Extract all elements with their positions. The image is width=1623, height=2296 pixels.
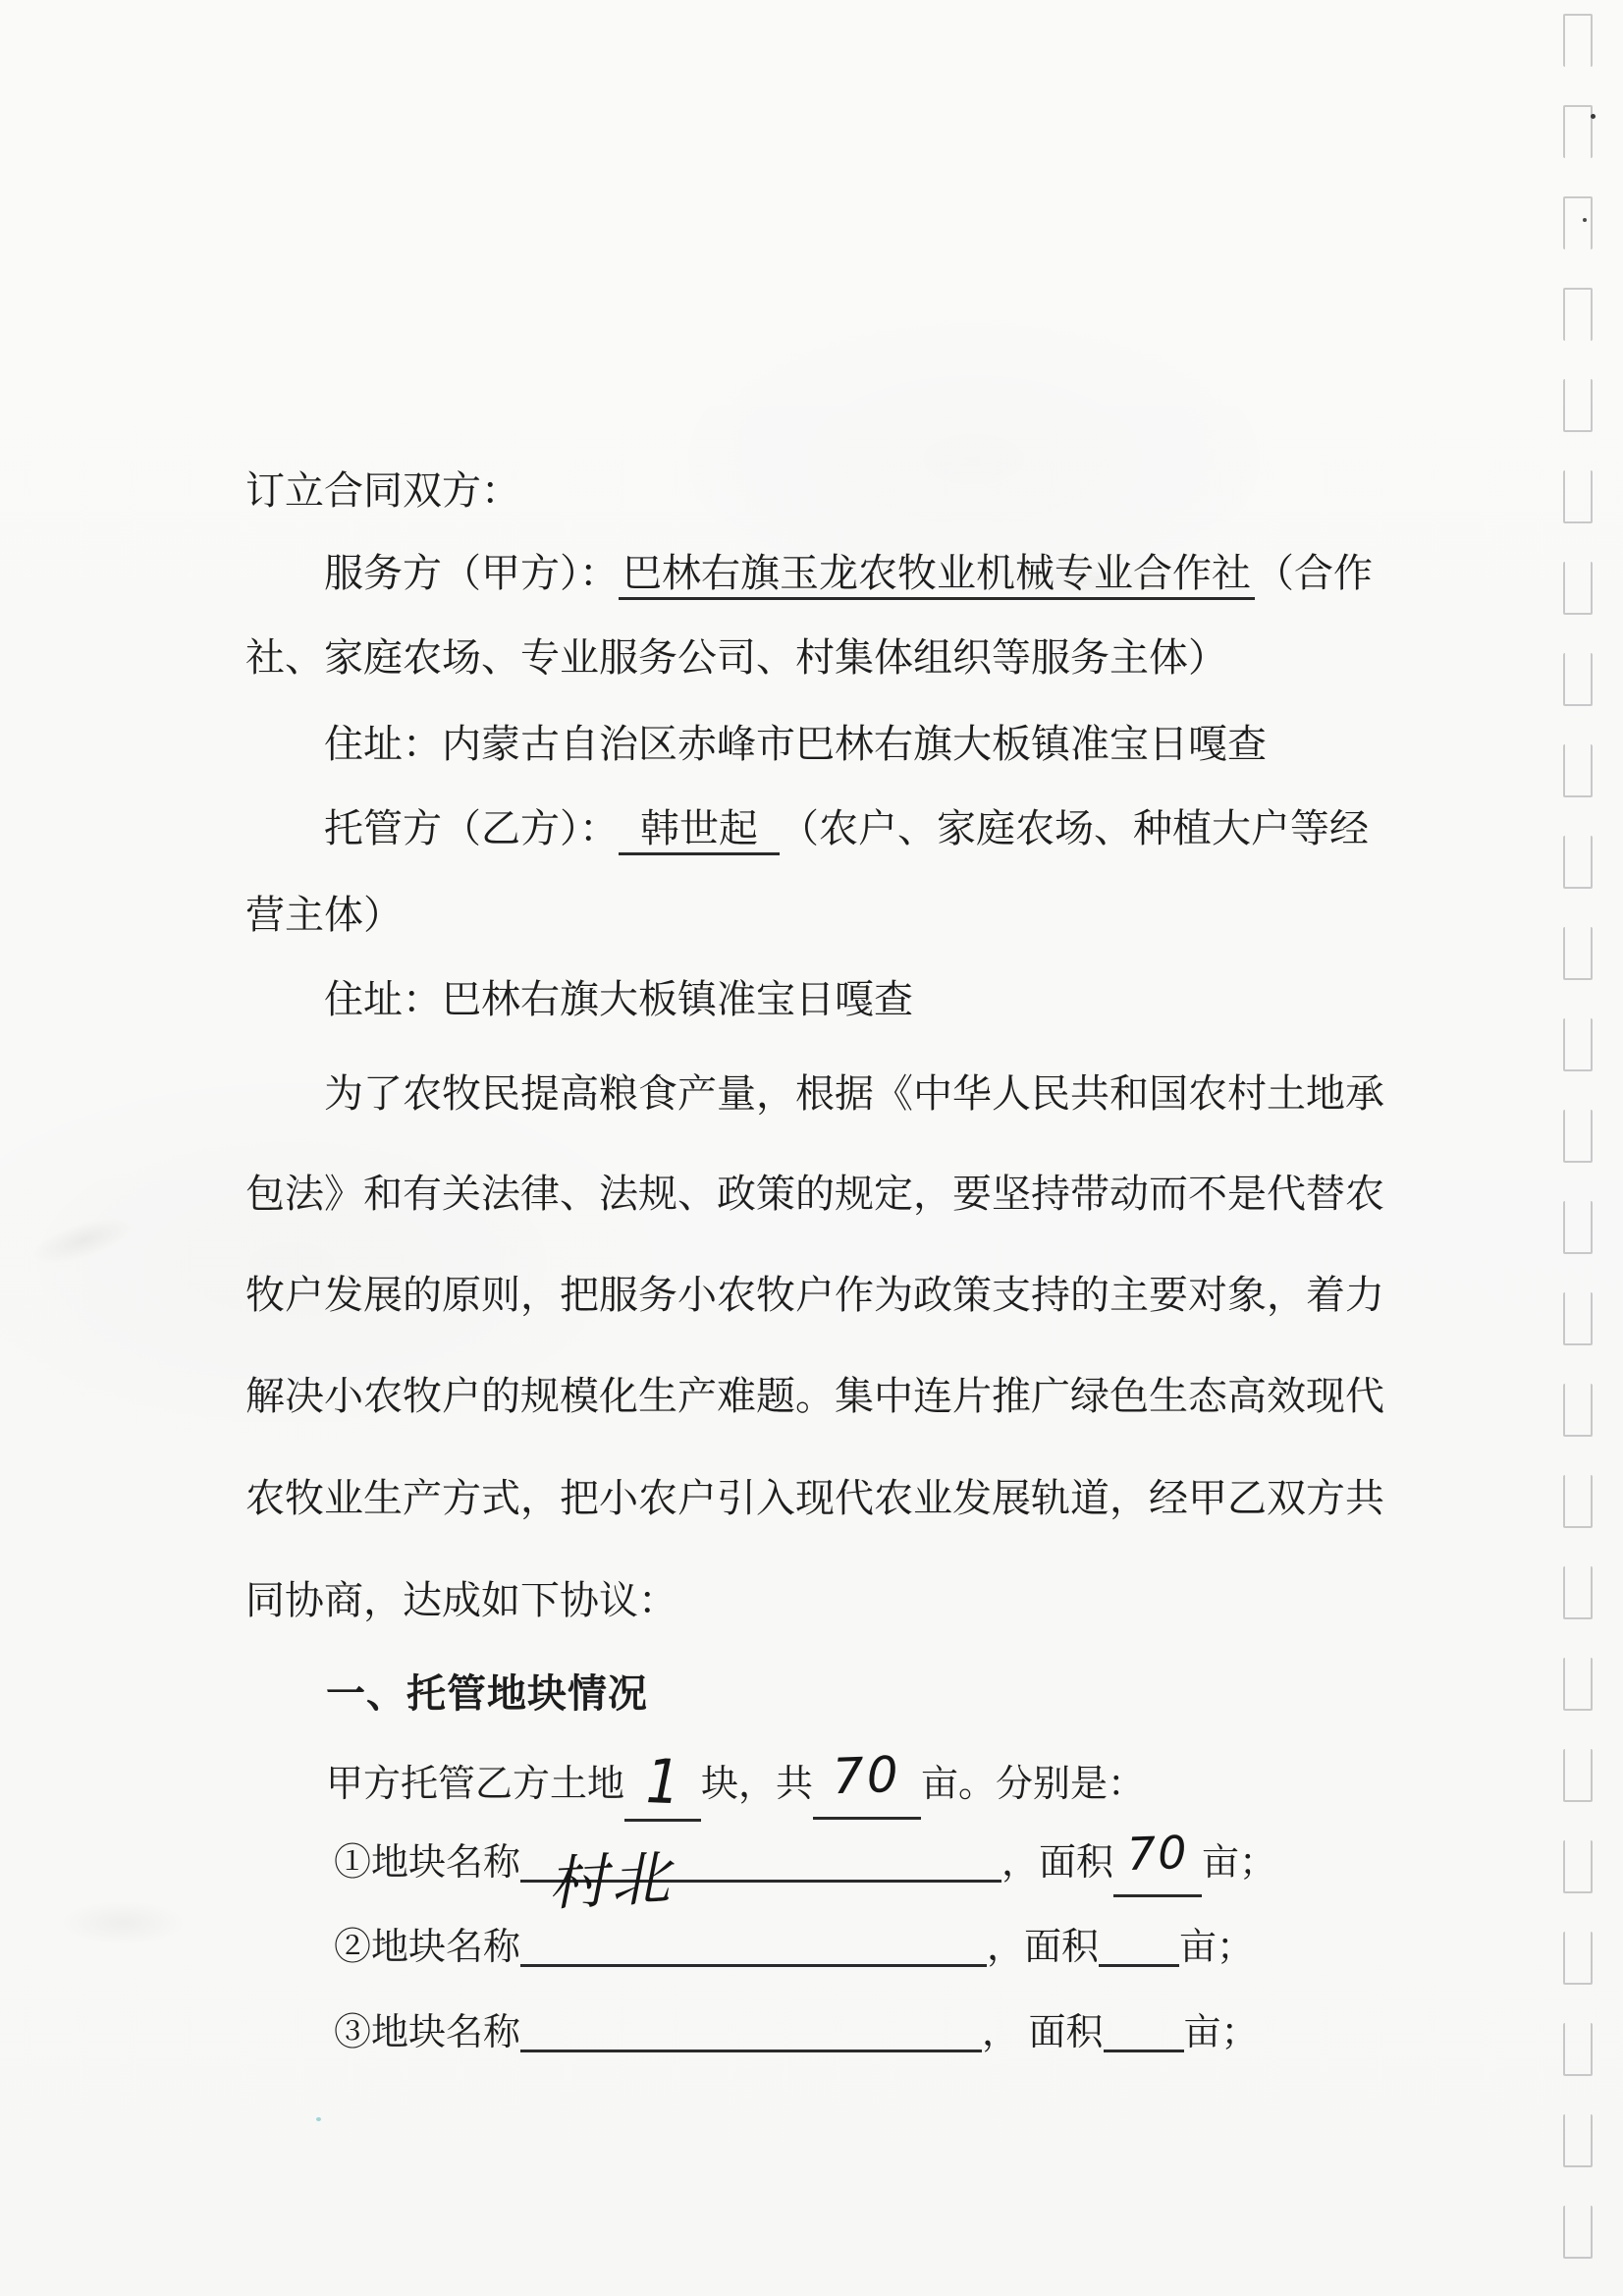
binding-hole — [1563, 1384, 1593, 1437]
party-b-address-line: 住址：巴林右旗大板镇准宝日嘎查 — [324, 976, 913, 1023]
binding-hole — [1563, 14, 1593, 67]
party-b-line: 托管方（乙方）：韩世起（农户、家庭农场、种植大户等经 — [324, 805, 1369, 852]
binding-hole — [1563, 1566, 1593, 1619]
binding-hole — [1563, 744, 1593, 797]
binding-hole — [1563, 1840, 1593, 1893]
binding-hole — [1563, 1018, 1593, 1071]
plot-2-label: ②地块名称 — [334, 1927, 520, 1968]
binding-hole — [1563, 836, 1593, 889]
party-a-tail: （合作 — [1255, 551, 1373, 595]
binding-hole — [1563, 2023, 1593, 2076]
plot-1-line: ①地块名称村北，面积70亩； — [334, 1840, 1276, 1897]
binding-hole — [1563, 927, 1593, 980]
plot-2-unit: 亩； — [1179, 1927, 1254, 1968]
binding-hole — [1563, 1110, 1593, 1163]
plot-3-area-label: ， 面积 — [982, 2012, 1104, 2053]
party-a-description-line: 社、家庭农场、专业服务公司、村集体组织等服务主体） — [245, 634, 1227, 682]
total-area-handwritten: 70 — [832, 1745, 902, 1806]
binding-hole — [1563, 562, 1593, 615]
binding-hole — [1563, 2114, 1593, 2167]
plot-1-name-blank: 村北 — [520, 1880, 1001, 1883]
scan-smudge — [59, 1900, 187, 1945]
preamble-line-5: 农牧业生产方式，把小农户引入现代农业发展轨道，经甲乙双方共 — [245, 1475, 1384, 1522]
binding-hole — [1563, 105, 1593, 158]
binding-hole — [1563, 1201, 1593, 1254]
plot-summary-mid: 块，共 — [701, 1764, 813, 1805]
binding-hole — [1563, 653, 1593, 706]
preamble-line-1: 为了农牧民提高粮食产量，根据《中华人民共和国农村土地承 — [324, 1070, 1384, 1118]
binding-hole — [1563, 1292, 1593, 1345]
plot-1-label: ①地块名称 — [334, 1842, 520, 1884]
plot-3-name-blank — [520, 2050, 982, 2052]
party-b-tail: （农户、家庭农场、种植大户等经 — [780, 806, 1369, 850]
plot-3-unit: 亩； — [1184, 2012, 1259, 2053]
plot-count-handwritten: 1 — [645, 1745, 681, 1820]
binding-hole — [1563, 1475, 1593, 1528]
plot-summary-line: 甲方托管乙方土地1块，共70亩。分别是： — [326, 1755, 1145, 1822]
party-a-line: 服务方（甲方）：巴林右旗玉龙农牧业机械专业合作社（合作 — [324, 550, 1373, 597]
binding-hole — [1563, 1749, 1593, 1802]
plot-summary-suffix: 亩。分别是： — [921, 1764, 1145, 1805]
binding-hole — [1563, 379, 1593, 432]
preamble-line-2: 包法》和有关法律、法规、政策的规定，要坚持带动而不是代替农 — [245, 1171, 1384, 1218]
plot-1-area-handwritten: 70 — [1126, 1826, 1189, 1882]
plot-2-area-label: ，面积 — [987, 1927, 1099, 1968]
party-a-name-underlined: 巴林右旗玉龙农牧业机械专业合作社 — [619, 551, 1255, 600]
scan-speck — [1591, 114, 1596, 119]
binding-hole — [1563, 1932, 1593, 1985]
plot-summary-prefix: 甲方托管乙方土地 — [326, 1764, 624, 1805]
plot-1-area-blank: 70 — [1113, 1840, 1202, 1897]
plot-1-area-label: ，面积 — [1001, 1842, 1113, 1884]
plot-1-name-handwritten: 村北 — [546, 1843, 676, 1921]
plot-3-label: ③地块名称 — [334, 2012, 520, 2053]
plot-2-line: ②地块名称，面积亩； — [334, 1926, 1254, 1971]
total-area-blank: 70 — [813, 1758, 921, 1820]
binding-hole — [1563, 288, 1593, 341]
preamble-line-3: 牧户发展的原则，把服务小农牧户作为政策支持的主要对象，着力 — [245, 1272, 1384, 1319]
party-b-label: 托管方（乙方）： — [324, 806, 619, 850]
scan-speck — [1583, 218, 1587, 222]
plot-1-unit: 亩； — [1202, 1842, 1276, 1884]
plot-3-line: ③地块名称， 面积亩； — [334, 2011, 1259, 2056]
binding-hole — [1563, 2206, 1593, 2259]
preamble-line-4: 解决小农牧户的规模化生产难题。集中连片推广绿色生态高效现代 — [245, 1373, 1384, 1420]
preamble-line-6: 同协商，达成如下协议： — [245, 1577, 677, 1624]
plot-3-area-blank — [1104, 2050, 1184, 2052]
party-a-address-line: 住址：内蒙古自治区赤峰市巴林右旗大板镇准宝日嘎查 — [324, 721, 1267, 768]
binding-hole — [1563, 196, 1593, 249]
plot-2-name-blank — [520, 1964, 987, 1967]
scan-speck — [316, 2117, 321, 2121]
binding-hole — [1563, 1658, 1593, 1711]
scanned-contract-page: 订立合同双方： 服务方（甲方）：巴林右旗玉龙农牧业机械专业合作社（合作 社、家庭… — [0, 0, 1623, 2296]
contract-parties-line: 订立合同双方： — [245, 467, 520, 515]
party-b-name-underlined: 韩世起 — [619, 806, 780, 855]
binding-hole — [1563, 470, 1593, 523]
party-b-description-line: 营主体） — [245, 892, 403, 939]
section-1-heading: 一、托管地块情况 — [326, 1670, 648, 1718]
plot-2-area-blank — [1099, 1964, 1179, 1967]
plot-count-blank: 1 — [624, 1755, 701, 1822]
scan-smudge — [27, 1207, 140, 1274]
party-a-label: 服务方（甲方）： — [324, 551, 619, 595]
